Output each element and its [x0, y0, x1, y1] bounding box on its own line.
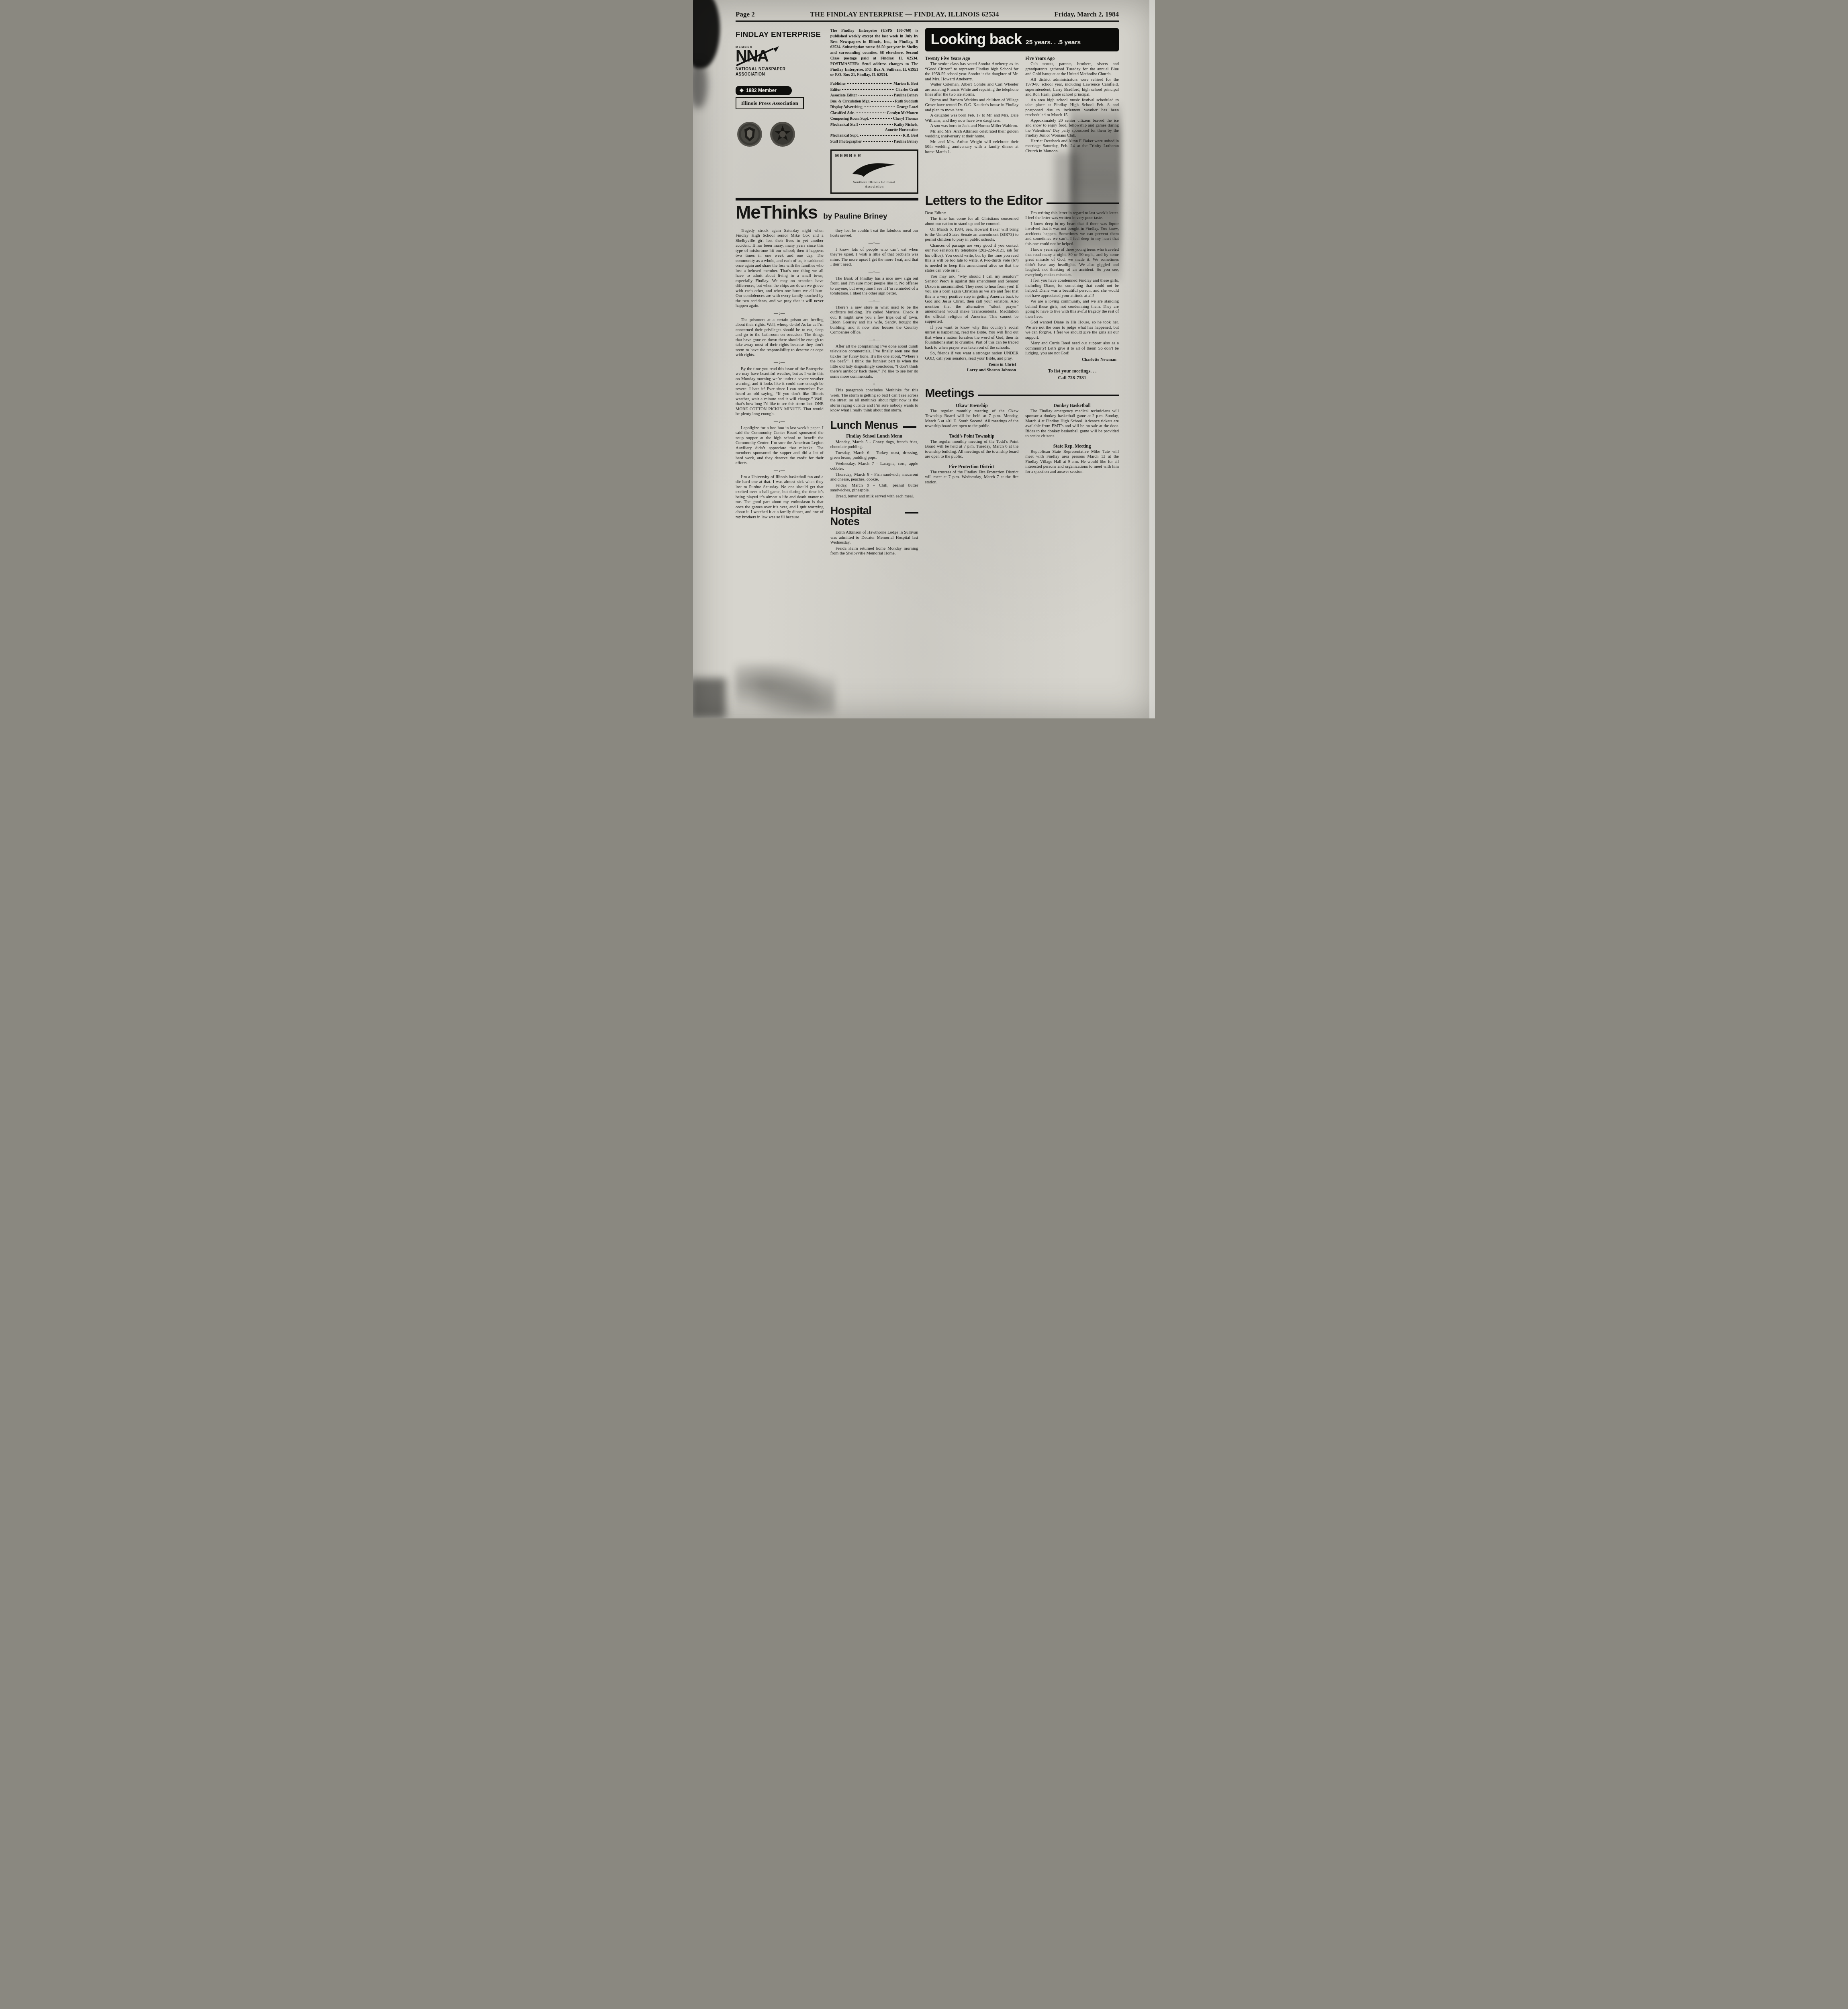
- paragraph: Walter Coleman, Albert Combs and Carl Wh…: [925, 82, 1019, 98]
- dotted-leader: [847, 83, 892, 84]
- staff-name: Marion E. Best: [893, 82, 918, 86]
- paragraph: So, friends if you want a stronger natio…: [925, 351, 1019, 361]
- scan-edge-artifact: [1149, 0, 1155, 718]
- section-divider: —:—: [830, 270, 918, 274]
- paragraph: The Bank of Findlay has a nice new sign …: [830, 276, 918, 297]
- meetings-promo: To list your meetings. . . Call 728-7381: [1025, 368, 1119, 382]
- dotted-leader: [856, 113, 885, 113]
- meeting-heading: Okaw Township: [925, 403, 1019, 408]
- looking-back-section: Looking back 25 years. . .5 years Twenty…: [925, 28, 1119, 194]
- paragraph: Mr. and Mrs. Arch Atkinson celebrated th…: [925, 129, 1019, 139]
- staff-role: Display Advertising: [830, 105, 863, 109]
- masthead-title: FINDLAY ENTERPRISE: [736, 31, 824, 39]
- staff-name: George Lozzi: [896, 105, 918, 109]
- staff-row: EditorCharles Cruit: [830, 88, 918, 92]
- paragraph: Tragedy struck again Saturday night when…: [736, 229, 824, 309]
- staff-name: Pauline Briney: [894, 140, 918, 144]
- staff-row: Staff PhotographerPauline Briney: [830, 140, 918, 144]
- association-name-line2: Association: [865, 184, 884, 188]
- newspaper-title: THE FINDLAY ENTERPRISE — FINDLAY, ILLINO…: [810, 10, 999, 18]
- title-dash: [905, 512, 918, 514]
- paragraph: The regular monthly meeting of the Okaw …: [925, 409, 1019, 429]
- section-divider: —:—: [736, 468, 824, 473]
- methinks-section: MeThinks by Pauline Briney Tragedy struc…: [736, 194, 918, 556]
- menu-item: Bread, butter and milk served with each …: [830, 494, 918, 499]
- lunch-menus-header: Lunch Menus: [830, 420, 918, 431]
- paragraph: The time has come for all Christians con…: [925, 217, 1019, 227]
- looking-back-subtitle: 25 years. . .5 years: [1026, 39, 1081, 46]
- staff-role: Editor: [830, 88, 841, 92]
- staff-role: Bus. & Circulation Mgr.: [830, 100, 870, 104]
- paragraph: The regular monthly meeting of the Todd’…: [925, 440, 1019, 460]
- staff-name: Cheryl Thomas: [893, 117, 918, 121]
- staff-row: Mechanical Supt.R.R. Best: [830, 134, 918, 138]
- staff-row: Annette Hortenstine: [830, 128, 918, 132]
- scan-smudge-artifact: [735, 663, 835, 715]
- methinks-header: MeThinks by Pauline Briney: [736, 198, 918, 221]
- press-association-label: Illinois Press Association: [736, 97, 804, 109]
- staff-row: Display AdvertisingGeorge Lozzi: [830, 105, 918, 109]
- letter-salutation: Dear Editor:: [925, 211, 1019, 216]
- diamond-icon: [740, 88, 744, 92]
- staff-row: Bus. & Circulation Mgr.Ruth Sudduth: [830, 100, 918, 104]
- menu-item: Tuesday, March 6 - Turkey roast, dressin…: [830, 451, 918, 461]
- paragraph: I know lots of people who can’t eat when…: [830, 248, 918, 268]
- paragraph: Freida Keim returned home Monday morning…: [830, 546, 918, 556]
- methinks-column-2: they lost he couldn’t eat the fabulous m…: [830, 228, 918, 556]
- page-header: Page 2 THE FINDLAY ENTERPRISE — FINDLAY,…: [736, 10, 1119, 22]
- crest-icon: [736, 120, 763, 149]
- staff-row: Associate EditorPauline Briney: [830, 94, 918, 98]
- paragraph: This paragraph concludes Methinks for th…: [830, 388, 918, 413]
- staff-role: Mechanical Supt.: [830, 134, 859, 138]
- paragraph: All district administrators were rehired…: [1025, 78, 1119, 98]
- meeting-heading: Donkey Basketball: [1025, 403, 1119, 408]
- paragraph: Cub scouts, parents, brothers, sisters a…: [1025, 62, 1119, 77]
- menu-item: Monday, March 5 - Coney dogs, french fri…: [830, 440, 918, 450]
- publication-info-column: The Findlay Enterprise (USPS 190-760) is…: [830, 28, 918, 194]
- paragraph: Chances of passage are very good if you …: [925, 243, 1019, 274]
- nna-association-label: NATIONAL NEWSPAPER ASSOCIATION: [736, 67, 796, 77]
- paragraph: Edith Atkinson of Hawthorne Lodge in Sul…: [830, 530, 918, 546]
- staff-role: Associate Editor: [830, 94, 857, 98]
- crest-icon: [769, 120, 797, 149]
- letters-header: Letters to the Editor: [925, 194, 1119, 207]
- issue-date: Friday, March 2, 1984: [1054, 10, 1119, 18]
- promo-line-1: To list your meetings. . .: [1025, 368, 1119, 374]
- staff-role: Mechanical Staff: [830, 123, 858, 127]
- paragraph: I apoligize for a boo boo in last week’s…: [736, 426, 824, 466]
- publication-info: The Findlay Enterprise (USPS 190-760) is…: [830, 28, 918, 78]
- nna-logo: MEMBER NNA NATIONAL NEWSPAPER ASSOCIATIO…: [736, 46, 784, 77]
- meetings-column-left: Okaw Township The regular monthly meetin…: [925, 403, 1019, 485]
- section-divider: —:—: [830, 299, 918, 303]
- staff-row: Classified Adv.Carolyn McMotten: [830, 111, 918, 115]
- staff-role: Composing Room Supt.: [830, 117, 869, 121]
- lunch-menu-subhead: Findlay School Lunch Menu: [830, 434, 918, 439]
- dotted-leader: [860, 135, 902, 136]
- paragraph: they lost he couldn’t eat the fabulous m…: [830, 229, 918, 239]
- staff-row: Composing Room Supt.Cheryl Thomas: [830, 117, 918, 121]
- paragraph: You may ask, “why should I call my senat…: [925, 274, 1019, 325]
- letters-section: Letters to the Editor Dear Editor: The t…: [925, 194, 1119, 556]
- menu-item: Wednesday, March 7 - Lasagna, corn, appl…: [830, 462, 918, 472]
- editorial-association-member-box: MEMBER Southern Illinois Editorial Assoc…: [830, 149, 918, 194]
- letter-signature: Larry and Sharon Johnson: [925, 368, 1016, 372]
- paragraph: The Findlay emergency medical technician…: [1025, 409, 1119, 439]
- scan-smudge-artifact: [693, 678, 726, 718]
- hospital-notes-title: Hospital Notes: [830, 505, 900, 527]
- paragraph: Mary and Curtis Reed need our support al…: [1025, 341, 1119, 356]
- dotted-leader: [870, 118, 892, 119]
- column-heading: Five Years Ago: [1025, 56, 1119, 61]
- letters-column-2: I’m writing this letter in regard to las…: [1025, 210, 1119, 382]
- quill-icon: [734, 45, 782, 68]
- paragraph: Byron and Barbara Watkins and children o…: [925, 98, 1019, 113]
- letter-signoff: Yours in Christ: [925, 362, 1016, 367]
- letters-column-1: Dear Editor: The time has come for all C…: [925, 210, 1019, 382]
- staff-role: Publisher: [830, 82, 846, 86]
- illinois-press-association-badge: 1982 Member Illinois Press Association: [736, 86, 804, 109]
- staff-name: Annette Hortenstine: [885, 128, 918, 132]
- paragraph: After all the complaining I’ve done abou…: [830, 344, 918, 380]
- masthead: FINDLAY ENTERPRISE MEMBER NNA NATIONAL N…: [736, 28, 824, 194]
- section-divider: —:—: [736, 419, 824, 424]
- letter-signature: Charlotte Newman: [1025, 358, 1116, 362]
- staff-role: Staff Photographer: [830, 140, 862, 144]
- staff-role: Classified Adv.: [830, 111, 854, 115]
- paragraph: There’s a new store in what used to be t…: [830, 305, 918, 336]
- newspaper-page: Page 2 THE FINDLAY ENTERPRISE — FINDLAY,…: [693, 0, 1155, 718]
- association-crests: [736, 120, 824, 149]
- page-grid: FINDLAY ENTERPRISE MEMBER NNA NATIONAL N…: [736, 28, 1119, 556]
- staff-name: Pauline Briney: [894, 94, 918, 98]
- section-divider: —:—: [736, 360, 824, 365]
- paragraph: By the time you read this issue of the E…: [736, 367, 824, 417]
- dotted-leader: [864, 106, 895, 107]
- meeting-heading: Fire Protection District: [925, 464, 1019, 469]
- section-divider: —:—: [830, 338, 918, 342]
- meetings-title: Meetings: [925, 387, 974, 399]
- paragraph: The senior class has voted Sondra Attebe…: [925, 62, 1019, 82]
- paragraph: The prisoners at a certain prison are be…: [736, 318, 824, 358]
- menu-item: Friday, March 9 - Chili, peanut butter s…: [830, 483, 918, 493]
- scan-blob-artifact: [693, 0, 720, 68]
- dotted-leader: [859, 95, 893, 96]
- dotted-leader: [859, 124, 893, 125]
- paragraph: I know deep in my heart that if there wa…: [1025, 222, 1119, 247]
- paragraph: I’m writing this letter in regard to las…: [1025, 211, 1119, 221]
- section-divider: —:—: [830, 241, 918, 245]
- association-name: Southern Illinois Editorial Association: [835, 180, 914, 189]
- paragraph: The trustees of the Findlay Fire Protect…: [925, 470, 1019, 485]
- promo-line-2: Call 728-7381: [1025, 374, 1119, 381]
- looking-back-banner: Looking back 25 years. . .5 years: [925, 28, 1119, 51]
- letters-title: Letters to the Editor: [925, 194, 1043, 207]
- staff-name: Ruth Sudduth: [895, 100, 918, 104]
- meetings-header: Meetings: [925, 387, 1119, 399]
- column-heading: Twenty Five Years Ago: [925, 56, 1019, 61]
- paragraph: Republican State Representative Mike Tat…: [1025, 450, 1119, 475]
- paragraph: A daughter was born Feb. 17 to Mr. and M…: [925, 113, 1019, 123]
- paragraph: A son was born to Jack and Norma Miller …: [925, 124, 1019, 129]
- paragraph: I feel you have condemned Findlay and th…: [1025, 278, 1119, 299]
- looking-back-title: Looking back: [931, 31, 1022, 48]
- paragraph: If you want to know why this country’s s…: [925, 325, 1019, 351]
- methinks-title: MeThinks: [736, 203, 818, 221]
- paragraph: I’m a University of Illinois basketball …: [736, 475, 824, 520]
- twenty-five-years-column: Twenty Five Years Ago The senior class h…: [925, 56, 1019, 155]
- paragraph: Mr. and Mrs. Arthur Wright will celebrat…: [925, 140, 1019, 155]
- paragraph: We are a loving community, and we are st…: [1025, 299, 1119, 319]
- staff-list: PublisherMarion E. Best EditorCharles Cr…: [830, 82, 918, 144]
- section-divider: —:—: [830, 381, 918, 386]
- hospital-notes-header: Hospital Notes: [830, 505, 918, 527]
- paragraph: An area high school music festival sched…: [1025, 98, 1119, 118]
- staff-name: R.R. Best: [903, 134, 918, 138]
- lunch-menus-title: Lunch Menus: [830, 420, 898, 431]
- staff-row: Mechanical StaffKathy Nichols,: [830, 123, 918, 127]
- member-label: MEMBER: [835, 153, 914, 158]
- meeting-heading: State Rep. Meeting: [1025, 444, 1119, 449]
- year-member-label: 1982 Member: [746, 88, 777, 93]
- staff-row: PublisherMarion E. Best: [830, 82, 918, 86]
- year-member-badge: 1982 Member: [736, 86, 792, 95]
- five-years-column: Five Years Ago Cub scouts, parents, brot…: [1025, 56, 1119, 155]
- paragraph: I know years ago of three young teens wh…: [1025, 248, 1119, 278]
- staff-name: Charles Cruit: [895, 88, 918, 92]
- headline-rule: [1047, 203, 1119, 204]
- association-name-line1: Southern Illinois Editorial: [853, 180, 895, 184]
- methinks-byline: by Pauline Briney: [823, 212, 887, 221]
- staff-name: Carolyn McMotten: [887, 111, 918, 115]
- title-dash: [903, 426, 916, 428]
- dotted-leader: [863, 141, 893, 142]
- methinks-column-1: Tragedy struck again Saturday night when…: [736, 228, 824, 556]
- paragraph: God wanted Diane in His House, so he too…: [1025, 320, 1119, 340]
- dotted-leader: [842, 89, 894, 90]
- page-number: Page 2: [736, 10, 755, 18]
- menu-item: Thursday, March 8 - Fish sandwich, macar…: [830, 473, 918, 483]
- headline-rule: [978, 395, 1119, 396]
- meeting-heading: Todd’s Point Township: [925, 434, 1019, 439]
- meetings-column-right: Donkey Basketball The Findlay emergency …: [1025, 403, 1119, 485]
- southern-illinois-editorial-logo-icon: [850, 161, 898, 178]
- paragraph: Harriet Overbeck and Alton F. Baker were…: [1025, 139, 1119, 154]
- section-divider: —:—: [736, 311, 824, 316]
- scan-smudge-artifact: [693, 60, 707, 108]
- paragraph: On March 6, 1984, Sen. Howard Baker will…: [925, 227, 1019, 243]
- dotted-leader: [871, 101, 893, 102]
- paragraph: Approximately 20 senior citizens braved …: [1025, 119, 1119, 139]
- staff-name: Kathy Nichols,: [894, 123, 918, 127]
